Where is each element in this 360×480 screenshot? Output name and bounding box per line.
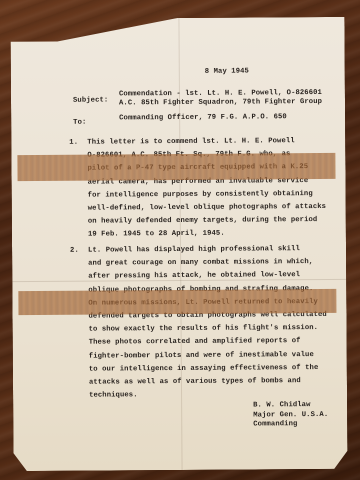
paragraph-number: 1. (69, 137, 78, 150)
signature-title: Commanding (253, 420, 328, 430)
letter-date: 8 May 1945 (205, 66, 249, 80)
paragraph-line: attacks as well as of various types of b… (89, 375, 327, 390)
paragraph-2: Lt. Powell has displayed high profession… (88, 243, 327, 403)
tape-stain-upper (17, 153, 335, 181)
to-label: To: (73, 117, 86, 130)
signature-name: B. W. Chidlaw (253, 401, 328, 411)
paragraph-line: 19 Feb. 1945 to 28 April, 1945. (88, 227, 326, 242)
subject-value: Commendation - lst. Lt. H. E. Powell, O-… (119, 89, 322, 108)
paragraph-line: These photos correlated and amplified re… (89, 335, 327, 350)
subject-label: Subject: (73, 94, 108, 107)
to-value: Commanding Officer, 79 F.G. A.P.O. 650 (119, 111, 287, 125)
tape-stain-lower (18, 289, 336, 315)
signature-rank: Major Gen. U.S.A. (253, 410, 328, 420)
subject-line: A.C. 85th Fighter Squadron, 79th Fighter… (119, 98, 322, 108)
document-page: 8 May 1945 Subject: Commendation - lst. … (10, 17, 347, 471)
paragraph-1: This letter is to commend lst. Lt. H. E.… (87, 135, 326, 242)
signature-block: B. W. Chidlaw Major Gen. U.S.A. Commandi… (253, 401, 328, 430)
paragraph-line: after pressing his attack, he obtained l… (88, 269, 326, 284)
paragraph-line: on heavily defended enemy targets, durin… (88, 214, 326, 229)
paragraph-number: 2. (70, 245, 79, 258)
